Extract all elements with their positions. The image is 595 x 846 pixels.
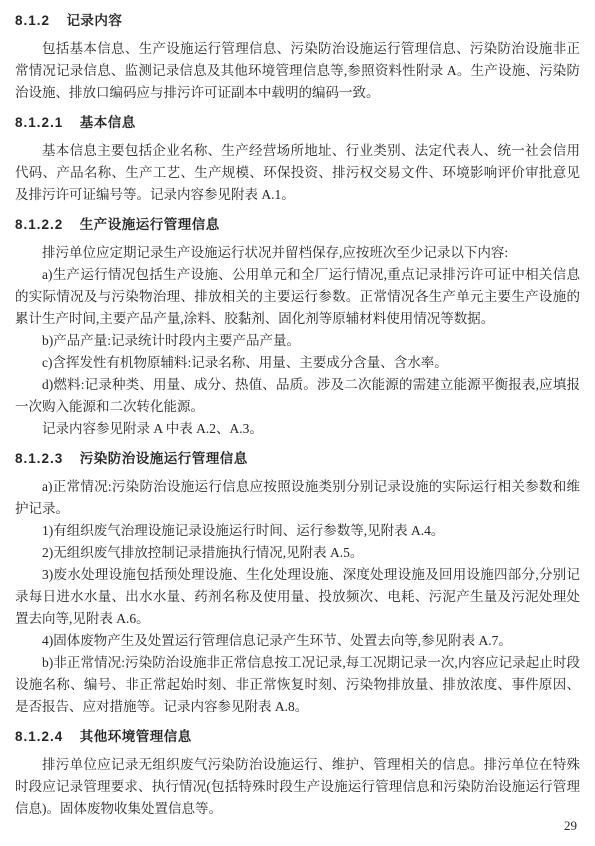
section-number: 8.1.2.1 bbox=[15, 115, 63, 130]
section-number: 8.1.2.2 bbox=[15, 217, 63, 232]
section-title: 污染防治设施运行管理信息 bbox=[80, 451, 248, 466]
paragraph: 排污单位应记录无组织废气污染防治设施运行、维护、管理相关的信息。排污单位在特殊时… bbox=[15, 754, 580, 820]
list-item-2: 2)无组织废气排放控制记录措施执行情况,见附表 A.5。 bbox=[15, 542, 580, 564]
list-item-3: 3)废水处理设施包括预处理设施、生化处理设施、深度处理设施及回用设施四部分,分别… bbox=[15, 564, 580, 630]
list-item-d: d)燃料:记录种类、用量、成分、热值、品质。涉及二次能源的需建立能源平衡报表,应… bbox=[15, 374, 580, 418]
list-item-b: b)非正常情况:污染防治设施非正常信息按工况记录,每工况期记录一次,内容应记录起… bbox=[15, 652, 580, 718]
paragraph: 包括基本信息、生产设施运行管理信息、污染防治设施运行管理信息、污染防治设施非正常… bbox=[15, 38, 580, 104]
section-heading-8-1-2-1: 8.1.2.1 基本信息 bbox=[15, 112, 580, 134]
section-number: 8.1.2 bbox=[15, 13, 50, 28]
section-title: 其他环境管理信息 bbox=[80, 729, 192, 744]
paragraph: 基本信息主要包括企业名称、生产经营场所地址、行业类别、法定代表人、统一社会信用代… bbox=[15, 140, 580, 206]
list-item-c: c)含挥发性有机物原辅料:记录名称、用量、主要成分含量、含水率。 bbox=[15, 352, 580, 374]
section-heading-8-1-2-3: 8.1.2.3 污染防治设施运行管理信息 bbox=[15, 448, 580, 470]
list-item-b: b)产品产量:记录统计时段内主要产品产量。 bbox=[15, 330, 580, 352]
section-heading-8-1-2: 8.1.2 记录内容 bbox=[15, 10, 580, 32]
list-item-1: 1)有组织废气治理设施记录设施运行时间、运行参数等,见附表 A.4。 bbox=[15, 520, 580, 542]
paragraph: 记录内容参见附录 A 中表 A.2、A.3。 bbox=[15, 418, 580, 440]
page-number: 29 bbox=[564, 819, 577, 833]
section-heading-8-1-2-2: 8.1.2.2 生产设施运行管理信息 bbox=[15, 214, 580, 236]
section-number: 8.1.2.3 bbox=[15, 451, 63, 466]
list-item-a: a)正常情况:污染防治设施运行信息应按照设施类别分别记录设施的实际运行相关参数和… bbox=[15, 476, 580, 520]
paragraph: 排污单位应定期记录生产设施运行状况并留档保存,应按班次至少记录以下内容: bbox=[15, 242, 580, 264]
section-title: 生产设施运行管理信息 bbox=[80, 217, 220, 232]
document-page: 8.1.2 记录内容 包括基本信息、生产设施运行管理信息、污染防治设施运行管理信… bbox=[0, 0, 595, 846]
section-heading-8-1-2-4: 8.1.2.4 其他环境管理信息 bbox=[15, 726, 580, 748]
list-item-a: a)生产运行情况包括生产设施、公用单元和全厂运行情况,重点记录排污许可证中相关信… bbox=[15, 264, 580, 330]
list-item-4: 4)固体废物产生及处置运行管理信息记录产生环节、处置去向等,参见附表 A.7。 bbox=[15, 630, 580, 652]
section-title: 基本信息 bbox=[80, 115, 136, 130]
section-number: 8.1.2.4 bbox=[15, 729, 63, 744]
section-title: 记录内容 bbox=[66, 13, 122, 28]
